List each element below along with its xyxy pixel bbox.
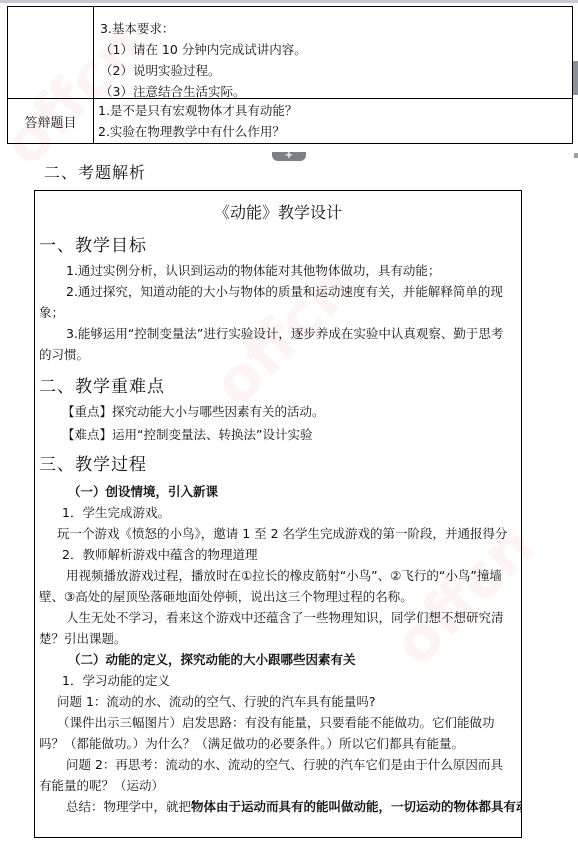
teaching-design-box: 《动能》教学设计 一、教学目标 1.通过实例分析，认识到运动的物体能对其他物体做… (34, 190, 522, 838)
defense-question: 1.是不是只有宏观物体才具有动能？ (98, 100, 572, 121)
design-title: 《动能》教学设计 (35, 200, 521, 226)
resize-handle[interactable] (574, 153, 578, 158)
part2-question1: 问题 1：流动的水、流动的空气、行驶的汽车具有能量吗? (35, 691, 521, 712)
part2-question1-detail: （课件出示三幅图片）启发思路：有没有能量，只要看能不能做功。它们能做功吗？（都能… (35, 712, 521, 754)
summary-definition: 物体由于运动而具有的能叫做动能，一切运动的物体都具有动 (191, 799, 522, 814)
row-label (8, 7, 94, 99)
side-panel-toggle[interactable] (573, 61, 578, 95)
defense-question: 2.实验在物理教学中有什么作用？ (98, 121, 572, 142)
requirement-line: （2）说明实验过程。 (100, 60, 572, 81)
row-content: 3.基本要求： （1）请在 10 分钟内完成试讲内容。 （2）说明实验过程。 （… (94, 7, 573, 99)
table-row: 答辩题目 1.是不是只有宏观物体才具有动能？ 2.实验在物理教学中有什么作用？ (8, 99, 573, 144)
section-heading: 二、考题解析 (44, 160, 146, 183)
focus-point: 【重点】探究动能大小与哪些因素有关的活动。 (35, 401, 521, 422)
goal-item: 2.通过探究，知道动能的大小与物体的质量和运动速度有关，并能解释简单的现象； (35, 281, 521, 323)
goals-heading: 一、教学目标 (39, 232, 521, 260)
requirements-table: 3.基本要求： （1）请在 10 分钟内完成试讲内容。 （2）说明实验过程。 （… (7, 6, 573, 144)
table-row: 3.基本要求： （1）请在 10 分钟内完成试讲内容。 （2）说明实验过程。 （… (8, 7, 573, 99)
requirement-line: （1）请在 10 分钟内完成试讲内容。 (100, 39, 572, 60)
difficulty-point: 【难点】运用“控制变量法、转换法”设计实验 (35, 424, 521, 445)
summary-prefix: 总结：物理学中，就把 (66, 799, 191, 814)
part2-question2: 问题 2：再思考：流动的水、流动的空气、行驶的汽车它们是由于什么原因而具有能量的… (35, 754, 521, 796)
top-border (0, 0, 578, 3)
part1-lead-in: 人生无处不学习，看来这个游戏中还蕴含了一些物理知识，同学们想不想研究清楚？引出课… (35, 607, 521, 649)
part1-step1: 1．学生完成游戏。 (35, 502, 521, 523)
part2-heading: （二）动能的定义，探究动能的大小跟哪些因素有关 (35, 649, 521, 670)
part1-step2-detail: 用视频播放游戏过程，播放时在①拉长的橡皮筋射“小鸟”、②飞行的“小鸟”撞墙壁、③… (35, 565, 521, 607)
part2-step1: 1．学习动能的定义 (35, 670, 521, 691)
requirement-line: 3.基本要求： (100, 18, 572, 39)
goal-item: 3.能够运用“控制变量法”进行实验设计，逐步养成在实验中认真观察、勤于思考的习惯… (35, 323, 521, 365)
process-heading: 三、教学过程 (39, 451, 521, 479)
part1-heading: （一）创设情境，引入新课 (35, 481, 521, 502)
part1-step1-detail: 玩一个游戏《愤怒的小鸟》，邀请 1 至 2 名学生完成游戏的第一阶段，并通报得分 (35, 523, 521, 544)
part2-summary: 总结：物理学中，就把物体由于运动而具有的能叫做动能，一切运动的物体都具有动 (35, 796, 521, 817)
row-label: 答辩题目 (8, 99, 94, 144)
expand-button[interactable]: + (272, 152, 306, 161)
part1-step2: 2．教师解析游戏中蕴含的物理道理 (35, 544, 521, 565)
key-points-heading: 二、教学重难点 (39, 373, 521, 401)
goal-item: 1.通过实例分析，认识到运动的物体能对其他物体做功，具有动能； (35, 260, 521, 281)
row-content: 1.是不是只有宏观物体才具有动能？ 2.实验在物理教学中有什么作用？ (94, 99, 573, 144)
